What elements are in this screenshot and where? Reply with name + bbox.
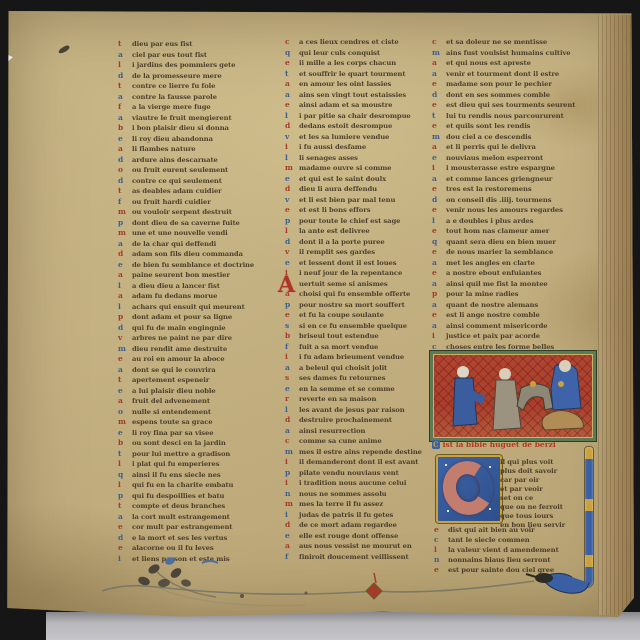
figure-blue-robe	[453, 378, 477, 426]
line-text: et li perris qui le delivra	[446, 142, 536, 152]
line-initial: l	[118, 480, 132, 490]
line-initial: v	[285, 195, 299, 205]
line-initial: a	[285, 541, 299, 551]
line-text: ains fust voulsist humains cultive	[446, 48, 571, 58]
line-initial: p	[432, 289, 446, 299]
line-initial: e	[118, 543, 132, 553]
text-line: fou fruit hardi cuidier	[118, 197, 278, 208]
line-initial: a	[118, 113, 132, 123]
figure-head	[499, 368, 511, 380]
line-text: viautre le fruit mengierent	[132, 113, 232, 123]
line-initial: r	[285, 394, 299, 404]
line-text: e la mort et ses les vertus	[132, 533, 227, 543]
text-line: etout hom nas clameur amer	[432, 226, 598, 237]
text-line: nnous ne sommes assolu	[285, 489, 445, 500]
line-initial: d	[285, 184, 299, 194]
poem-following-lines: edist qui ait bien au voirctant le siecl…	[434, 525, 559, 575]
line-text: li roy fina par sa visee	[132, 428, 214, 438]
text-line: bbriseul tout estendue	[285, 331, 445, 342]
line-text: ou fruit eurent seulement	[132, 165, 228, 175]
text-line: ii neuf jour de la repentance	[285, 268, 445, 279]
text-line: tas deables adam cuidier	[118, 186, 278, 197]
line-text: alacorne ou il fu leves	[132, 543, 214, 553]
line-initial: m	[118, 207, 132, 217]
line-initial: e	[432, 121, 446, 131]
line-initial: d	[285, 415, 299, 425]
gold-accent	[558, 381, 564, 387]
line-text: et souffrir le quart tourment	[299, 69, 405, 79]
text-line: ddieu li aura deffendu	[285, 184, 445, 195]
text-line: aa beleul qui choisit jolit	[285, 363, 445, 374]
line-text: la cort mult estrangement	[132, 512, 230, 522]
line-text: a dieu dieu a lancer fist	[132, 281, 220, 291]
line-initial: q	[432, 237, 446, 247]
text-line: dadam son fils dieu commanda	[118, 249, 278, 260]
text-line: ecor mult par estrangement	[118, 522, 278, 533]
line-text: la ante est delivree	[299, 226, 370, 236]
line-initial: t	[118, 501, 132, 511]
line-initial: s	[285, 373, 299, 383]
line-text: achars qui ensuit qui meurent	[132, 302, 245, 312]
line-initial: f	[118, 197, 132, 207]
line-text: uertuit seme si anismes	[299, 279, 388, 289]
text-line: que on ne ferroit	[500, 502, 565, 511]
line-initial: e	[432, 310, 446, 320]
line-initial: m	[432, 48, 446, 58]
text-line: rreverte en sa maison	[285, 394, 445, 405]
line-initial: a	[285, 90, 299, 100]
line-text: nulle si entendement	[132, 407, 211, 417]
text-line: don conseil dis .iiij. tourmens	[432, 195, 598, 206]
line-initial: p	[285, 468, 299, 478]
miniature-painting	[430, 351, 596, 441]
line-text: est dieu qui ses tourments seurent	[446, 100, 575, 110]
line-initial: t	[285, 69, 299, 79]
line-text: contre ce qui seulement	[132, 176, 222, 186]
text-line: eest li ange nostre comble	[432, 310, 598, 321]
text-line: aet qui nous est apreste	[432, 58, 598, 69]
line-text: adam fu dedans morue	[132, 291, 217, 301]
line-initial: e	[432, 247, 446, 257]
line-text: li flambes nature	[132, 144, 196, 154]
text-line: la e doubles i plus ardes	[432, 216, 598, 227]
line-text: dou ciel a ce descendis	[446, 132, 531, 142]
text-line: ii mousterasse estre espargne	[432, 163, 598, 174]
text-line: ffuit a sa mort vendue	[285, 342, 445, 353]
line-initial: a	[118, 50, 132, 60]
bar-tail	[543, 573, 589, 593]
line-initial: d	[118, 155, 132, 165]
line-initial: d	[285, 520, 299, 530]
line-text: met les angles en clarte	[446, 258, 535, 268]
line-text: mes la terre il fu assez	[299, 499, 383, 509]
line-text: ou sont desci en la jardin	[132, 438, 226, 448]
line-text: de la promesseure mere	[132, 71, 222, 81]
line-initial: d	[285, 237, 299, 247]
line-initial: e	[285, 174, 299, 184]
line-text: choses entre les forme belles	[446, 342, 554, 352]
text-line: aen amour les oint lassies	[285, 79, 445, 90]
line-initial: t	[118, 186, 132, 196]
line-text: dont adam et pour sa ligne	[132, 312, 232, 322]
line-initial: a	[432, 300, 446, 310]
line-text: tres est la restoremens	[446, 184, 532, 194]
line-text: qui fu de main engingnie	[132, 323, 226, 333]
text-line: aviautre le fruit mengierent	[118, 113, 278, 124]
line-initial: e	[434, 565, 448, 575]
line-text: fuit a sa mort vendue	[299, 342, 378, 352]
text-line: onulle si entendement	[118, 407, 278, 418]
text-line: li par pitie sa chair desrompue	[285, 111, 445, 122]
line-initial: o	[118, 407, 132, 417]
line-text: est li ange nostre comble	[446, 310, 540, 320]
text-line: mmes il estre ains repende destine	[285, 447, 445, 458]
line-initial: e	[118, 386, 132, 396]
line-initial: a	[432, 174, 446, 184]
text-line: lli senages asses	[285, 153, 445, 164]
line-text: a ces lieux cendres et ciste	[299, 37, 399, 47]
text-line: tet souffrir le quart tourment	[285, 69, 445, 80]
line-initial: e	[118, 354, 132, 364]
text-line: mmadame ouvre si comme	[285, 163, 445, 174]
line-text: ou fruit hardi cuidier	[132, 197, 211, 207]
line-text: de ce mort adam regardee	[299, 520, 397, 530]
line-text: qui fu despoillies et batu	[132, 491, 224, 501]
line-initial: e	[432, 153, 446, 163]
text-line: ijudas de patris il fu getes	[285, 510, 445, 521]
line-initial: c	[285, 436, 299, 446]
line-initial: m	[118, 417, 132, 427]
text-line: enouviaus melon esperront	[432, 153, 598, 164]
text-line: eelle est rouge dont offense	[285, 531, 445, 542]
line-initial: e	[118, 522, 132, 532]
line-initial: t	[118, 39, 132, 49]
line-text: as deables adam cuidier	[132, 186, 222, 196]
line-initial: l	[432, 216, 446, 226]
manuscript-page: tdieu par eus fistaciel par eus tout fis…	[6, 11, 634, 619]
table-surface	[46, 612, 640, 640]
line-text: et lessent dont il est loues	[299, 258, 397, 268]
text-line: tcontre ce lierre fu fole	[118, 81, 278, 92]
line-text: contre la fausse parole	[132, 92, 217, 102]
text-line: ijustice et paix par acorde	[432, 331, 598, 342]
line-initial: q	[285, 48, 299, 58]
line-initial: m	[285, 163, 299, 173]
line-text: i fu adam brieument vendue	[299, 352, 404, 362]
text-line: ii tradition nous aucune celui	[285, 478, 445, 489]
line-text: et fu la coupe soulante	[299, 310, 384, 320]
book-fore-edge	[598, 15, 634, 615]
text-line: dde ce mort adam regardee	[285, 520, 445, 531]
bar-border	[585, 447, 593, 587]
text-line: bi bon plaisir dieu si donna	[118, 123, 278, 134]
text-line: eet qui est le saint doulx	[285, 174, 445, 185]
line-initial: d	[432, 195, 446, 205]
line-initial: l	[118, 60, 132, 70]
text-line: mou vouloir serpent destruit	[118, 207, 278, 218]
text-line: amet les angles en clarte	[432, 258, 598, 269]
line-initial: e	[432, 184, 446, 194]
line-text: madame ouvre si comme	[299, 163, 391, 173]
line-text: les avant de jesus par raison	[299, 405, 405, 415]
text-line: aaus nous vessist ne mourut en	[285, 541, 445, 552]
text-line: pdont adam et pour sa ligne	[118, 312, 278, 323]
text-line: il qui plus voit	[500, 457, 565, 466]
line-text: choisi qui fu ensemble offerte	[299, 289, 410, 299]
line-text: dieu li aura deffendu	[299, 184, 377, 194]
text-line: mdieu rendit ame destruite	[118, 344, 278, 355]
text-line: tdieu par eus fist	[118, 39, 278, 50]
line-text: lui tu rendis nous parcoururent	[446, 111, 564, 121]
text-line: la dieu dieu a lancer fist	[118, 281, 278, 292]
text-line: ede bien fu semblance et doctrine	[118, 260, 278, 271]
line-initial: f	[118, 102, 132, 112]
line-text: i mousterasse estre espargne	[446, 163, 555, 173]
line-text: ii mille a les corps chacun	[299, 58, 396, 68]
line-initial: i	[285, 457, 299, 467]
text-line: iet liens parson et este mis	[118, 554, 278, 565]
line-initial: l	[118, 459, 132, 469]
text-line: aainsi quil me fist la montee	[432, 279, 598, 290]
line-text: venir et tourment dont il estre	[446, 69, 559, 79]
line-initial: a	[285, 79, 299, 89]
line-text: et quils sont les rendis	[446, 121, 530, 131]
text-line: lla ante est delivree	[285, 226, 445, 237]
line-text: et li est bien par mal tenu	[299, 195, 395, 205]
text-line: eet lessent dont il est loues	[285, 258, 445, 269]
line-text: arbres ne paint ne par dire	[132, 333, 232, 343]
line-text: compte et deus branches	[132, 501, 225, 511]
text-line: dardure ains descarnate	[118, 155, 278, 166]
line-text: fruit del advenement	[132, 396, 210, 406]
poem-opening-lines: il qui plus voitplus doit savoircar par …	[500, 457, 565, 529]
text-line: ealacorne ou il fu leves	[118, 543, 278, 554]
line-initial: f	[285, 342, 299, 352]
line-text: a beleul qui choisit jolit	[299, 363, 387, 373]
line-initial: e	[285, 58, 299, 68]
line-initial: d	[285, 121, 299, 131]
line-initial: l	[434, 545, 448, 555]
line-text: dont il a la porte puree	[299, 237, 385, 247]
line-initial: m	[285, 447, 299, 457]
line-initial: c	[285, 37, 299, 47]
text-line: ffiniroit doucement veillissent	[285, 552, 445, 563]
text-line: eest pour sainte dou ciel gree	[434, 565, 559, 575]
index-column-right: cet sa doleur ne se mentissemains fust v…	[432, 37, 598, 394]
line-text: i jardins des pommiers gete	[132, 60, 235, 70]
line-initial: d	[432, 90, 446, 100]
line-initial: a	[432, 142, 446, 152]
line-initial: e	[432, 100, 446, 110]
text-line: oou fruit eurent seulement	[118, 165, 278, 176]
line-initial: a	[118, 144, 132, 154]
line-initial: b	[285, 331, 299, 341]
text-line: pqui fu despoillies et batu	[118, 491, 278, 502]
text-line: tapertement espeneir	[118, 375, 278, 386]
line-text: quant sera dieu en bien muer	[446, 237, 556, 247]
miniature-figures	[433, 354, 593, 438]
text-line: evenir nous les amours regardes	[432, 205, 598, 216]
line-initial: n	[285, 489, 299, 499]
line-initial: a	[118, 512, 132, 522]
line-initial: e	[285, 310, 299, 320]
line-text: et comme lances griengneur	[446, 174, 552, 184]
line-text: quant de nostre alemans	[446, 300, 538, 310]
text-line: eau roi en amour la aboce	[118, 354, 278, 365]
text-line: fa la vierge mere fuge	[118, 102, 278, 113]
line-initial: a	[432, 258, 446, 268]
text-line: aet li perris qui le delivra	[432, 142, 598, 153]
text-line: dqui fu de main engingnie	[118, 323, 278, 334]
line-text: dont en ses sommes comble	[446, 90, 550, 100]
line-text: briseul tout estendue	[299, 331, 379, 341]
text-line: ppilate vendu nouviaus vent	[285, 468, 445, 479]
line-text: a nostre ebout enfuiantes	[446, 268, 541, 278]
line-initial: v	[118, 333, 132, 343]
text-line: afruit del advenement	[118, 396, 278, 407]
text-line: mdou ciel a ce descendis	[432, 132, 598, 143]
flourish-line-secondary	[156, 587, 306, 606]
text-line: aainsi resurrection	[285, 426, 445, 437]
line-initial: e	[285, 205, 299, 215]
text-line: edist qui ait bien au voir	[434, 525, 559, 535]
line-text: li senages asses	[299, 153, 358, 163]
line-text: i tradition nous aucune celui	[299, 478, 406, 488]
line-initial: i	[285, 478, 299, 488]
text-line: eii mille a les corps chacun	[285, 58, 445, 69]
line-initial: l	[285, 226, 299, 236]
line-text: ainsi adam et sa moustre	[299, 100, 392, 110]
line-text: comme sa cune anime	[299, 436, 382, 446]
line-text: i par pitie sa chair desrompue	[299, 111, 411, 121]
line-initial: i	[285, 510, 299, 520]
line-initial: a	[432, 279, 446, 289]
line-initial: i	[285, 352, 299, 362]
text-line: nnonnains biaus lieu serront	[434, 555, 559, 565]
line-text: qui fu en la charite embatu	[132, 480, 233, 490]
text-line: tlui tu rendis nous parcoururent	[432, 111, 598, 122]
text-line: acontre la fausse parole	[118, 92, 278, 103]
initial-c-letterform	[438, 456, 498, 519]
line-text: nous ne sommes assolu	[299, 489, 387, 499]
line-text: venir nous les amours regardes	[446, 205, 563, 215]
line-text: ciel par eus tout fist	[132, 50, 207, 60]
page-edge-notch	[6, 54, 13, 63]
line-initial: s	[285, 321, 299, 331]
line-text: une et une nouvelle vendi	[132, 228, 228, 238]
line-text: dont dieu de sa caverne fuite	[132, 218, 240, 228]
text-line: mmes la terre il fu assez	[285, 499, 445, 510]
line-initial: e	[285, 258, 299, 268]
text-line: bou sont desci en la jardin	[118, 438, 278, 449]
line-initial: m	[118, 344, 132, 354]
large-initial-a: A	[278, 275, 295, 295]
line-initial: d	[118, 323, 132, 333]
line-initial: v	[285, 247, 299, 257]
text-line: ctant le siecle commen	[434, 535, 559, 545]
line-text: et les sa lumiere vendue	[299, 132, 389, 142]
line-initial: m	[432, 132, 446, 142]
line-initial: e	[432, 268, 446, 278]
line-initial: t	[118, 81, 132, 91]
line-text: ses dames fu retournes	[299, 373, 385, 383]
text-line: ali flambes nature	[118, 144, 278, 155]
line-initial: a	[118, 291, 132, 301]
text-line: ddont en ses sommes comble	[432, 90, 598, 101]
text-line: aet comme lances griengneur	[432, 174, 598, 185]
text-line: ddestruire prochainement	[285, 415, 445, 426]
line-text: ainsi il fu ens siecle nes	[132, 470, 221, 480]
text-line: vet les sa lumiere vendue	[285, 132, 445, 143]
line-initial: e	[432, 205, 446, 215]
line-text: qui leur culs conquist	[299, 48, 380, 58]
line-initial: a	[118, 365, 132, 375]
flourish-node	[305, 592, 308, 595]
line-initial: a	[118, 396, 132, 406]
text-line: sses dames fu retournes	[285, 373, 445, 384]
line-text: aus nous vessist ne mourut en	[299, 541, 412, 551]
line-text: cor mult par estrangement	[132, 522, 232, 532]
index-column-left: tdieu par eus fistaciel par eus tout fis…	[118, 39, 278, 564]
line-text: dist qui ait bien au voir	[448, 525, 535, 535]
text-line: ede nous marier la semblance	[432, 247, 598, 258]
text-line: vil remplit ses gardes	[285, 247, 445, 258]
line-initial: d	[118, 533, 132, 543]
line-text: de la char qui deffendi	[132, 239, 216, 249]
line-text: espens toute sa grace	[132, 417, 213, 427]
line-initial: m	[118, 228, 132, 238]
line-initial: e	[432, 79, 446, 89]
line-text: judas de patris il fu getes	[299, 510, 393, 520]
line-text: dieu rendit ame destruite	[132, 344, 227, 354]
text-line: aquant de nostre alemans	[432, 300, 598, 311]
line-initial: a	[118, 239, 132, 249]
line-initial: c	[432, 342, 446, 352]
line-initial: i	[285, 142, 299, 152]
line-text: au roi en amour la aboce	[132, 354, 225, 364]
text-line: emadame son pour le pechier	[432, 79, 598, 90]
line-initial: e	[432, 226, 446, 236]
line-text: i plat qui fu emperieres	[132, 459, 219, 469]
text-line: eet quils sont les rendis	[432, 121, 598, 132]
line-initial: t	[118, 449, 132, 459]
line-text: elle est rouge dont offense	[299, 531, 398, 541]
text-line: tcompte et deus branches	[118, 501, 278, 512]
line-text: ainsi resurrection	[299, 426, 365, 436]
line-text: pour la mine radies	[446, 289, 519, 299]
line-initial: l	[285, 153, 299, 163]
text-line: eet est li bons effors	[285, 205, 445, 216]
line-text: reverte en sa maison	[299, 394, 376, 404]
text-line: apaine seurent bon mestier	[118, 270, 278, 281]
line-initial: c	[434, 535, 448, 545]
line-initial: a	[432, 58, 446, 68]
text-line: mespens toute sa grace	[118, 417, 278, 428]
line-text: si en ce fu ensemble quelque	[299, 321, 407, 331]
lion-figure	[542, 410, 583, 430]
line-initial: c	[432, 37, 446, 47]
text-line: plus doit savoir	[500, 466, 565, 475]
line-initial: i	[118, 554, 132, 564]
text-line: eli roy fina par sa visee	[118, 428, 278, 439]
line-initial: n	[434, 555, 448, 565]
line-initial: a	[432, 321, 446, 331]
text-line: aains sen vingt tout estaissies	[285, 90, 445, 101]
text-line: set on ce	[500, 493, 565, 502]
line-text: et sa doleur ne se mentisse	[446, 37, 547, 47]
text-line: achoisi qui fu ensemble offerte	[285, 289, 445, 300]
line-text: pour toute le chief est sage	[299, 216, 400, 226]
